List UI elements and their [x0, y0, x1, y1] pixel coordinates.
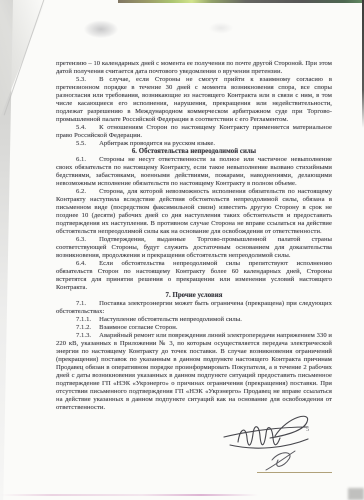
clause-number: 7.1.2.	[76, 324, 99, 331]
scanned-page: претензию – 10 календарных дней с момент…	[0, 0, 364, 500]
smudge-mark-faint	[204, 20, 238, 36]
scan-corner-patch	[348, 488, 364, 500]
clause-number: 5.4.	[76, 124, 99, 131]
clause-text: Наступление обстоятельств непреодолимой …	[99, 316, 242, 323]
clause-7-1-3: 7.1.3.Аварийный ремонт или повреждения л…	[56, 332, 332, 412]
clause-text: Сторона, для которой невозможность испол…	[56, 188, 332, 235]
clause-5-5: 5.5.Арбитраж проводится на русском языке…	[56, 140, 332, 148]
clause-7-1-2: 7.1.2.Взаимное согласие Сторон.	[56, 324, 332, 332]
scan-top-edge-artifact	[118, 0, 364, 3]
signature-area	[220, 408, 340, 476]
clause-text: В случае, если Стороны не смогут прийти …	[56, 76, 332, 123]
document-body: претензию – 10 календарных дней с момент…	[56, 60, 332, 412]
clause-6-1: 6.1.Стороны не несут ответственности за …	[56, 156, 332, 188]
clause-number: 6.1.	[76, 156, 99, 163]
clause-text: Аварийный ремонт или повреждения линий э…	[56, 332, 332, 411]
clause-6-4: 6.4.Если обстоятельства непреодолимой си…	[56, 260, 332, 292]
paragraph-continuation: претензию – 10 календарных дней с момент…	[56, 60, 332, 76]
clause-number: 5.5.	[76, 140, 99, 147]
clause-text: Арбитраж проводится на русском языке.	[99, 140, 215, 147]
smudge-mark	[78, 16, 124, 40]
clause-number: 7.1.1.	[76, 316, 99, 323]
section-7-heading: 7. Прочие условия	[56, 292, 332, 300]
scan-bottom-streak	[0, 494, 258, 496]
clause-7-1-1: 7.1.1.Наступление обстоятельств непреодо…	[56, 316, 332, 324]
clause-number: 6.2.	[76, 188, 99, 195]
clause-6-2: 6.2.Сторона, для которой невозможность и…	[56, 188, 332, 236]
page-number: 5	[306, 426, 309, 433]
clause-5-3: 5.3.В случае, если Стороны не смогут при…	[56, 76, 332, 124]
clause-number: 7.1.3.	[76, 332, 99, 339]
clause-number: 6.4.	[76, 260, 99, 267]
clause-number: 7.1.	[76, 300, 99, 307]
clause-6-3: 6.3.Подтверждения, выданные Торгово-пром…	[56, 236, 332, 260]
signature	[220, 408, 340, 476]
clause-number: 5.3.	[76, 76, 99, 83]
clause-5-4: 5.4.К отношениям Сторон по настоящему Ко…	[56, 124, 332, 140]
clause-number: 6.3.	[76, 236, 99, 243]
clause-text: Взаимное согласие Сторон.	[99, 324, 177, 331]
clause-7-1: 7.1.Поставка электроэнергии может быть о…	[56, 300, 332, 316]
section-6-heading: 6. Обстоятельства непреодолимой силы	[56, 148, 332, 156]
signature-underline	[257, 472, 332, 473]
